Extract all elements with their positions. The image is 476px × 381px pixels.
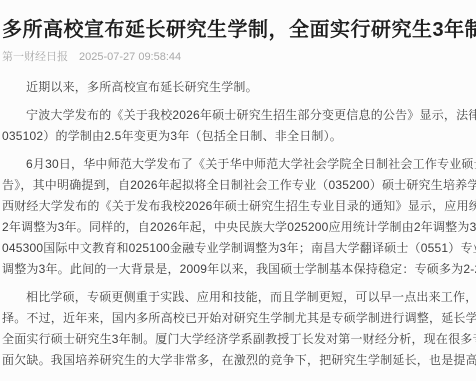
article-meta: 第一财经日报 2025-07-27 09:58:44 [2, 50, 476, 64]
article-line: 近期以来，多所高校宣布延长研究生学制。 [2, 77, 476, 98]
article-line: 择。不过，近年来，国内多所高校已开始对研究生学制尤其是专硕学制进行调整，延长学制 [2, 308, 476, 329]
article-line: 告》，其中明确提到，自2026年起拟将全日制社会工作专业（035200）硕士研究… [2, 175, 476, 196]
article-line: 2年调整为3年。同样的，自2026年起，中央民族大学025200应用统计学制由2… [2, 217, 476, 238]
article-paragraph: 6月30日，华中师范大学发布了《关于华中师范大学社会学院全日制社会工作专业硕士 … [2, 154, 476, 280]
article-paragraph: 近期以来，多所高校宣布延长研究生学制。 [2, 77, 476, 98]
article-line: 西财经大学发布的《关于发布我校2026年硕士研究生招生专业目录的通知》显示，应用… [2, 196, 476, 217]
article-line: 相比学硕，专硕更侧重于实践、应用和技能，而且学制更短，可以早一点出来工作，成 [2, 287, 476, 308]
article-page: 多所高校宣布延长研究生学制，全面实行研究生3年制 第一财经日报 2025-07-… [0, 0, 476, 381]
publish-time: 2025-07-27 09:58:44 [79, 50, 181, 64]
article-title: 多所高校宣布延长研究生学制，全面实行研究生3年制 [2, 16, 476, 44]
article-line: 045300国际中文教育和025100金融专业学制调整为3年；南昌大学翻译硕士（… [2, 238, 476, 259]
article-paragraph: 相比学硕，专硕更侧重于实践、应用和技能，而且学制更短，可以早一点出来工作，成 择… [2, 287, 476, 371]
article-line: 全面实行硕士研究生3年制。厦门大学经济学系副教授丁长发对第一财经分析，现在很多专… [2, 329, 476, 350]
article-line: 035102）的学制由2.5年变更为3年（包括全日制、非全日制）。 [2, 126, 476, 147]
article-body: 近期以来，多所高校宣布延长研究生学制。 宁波大学发布的《关于我校2026年硕士研… [2, 77, 476, 371]
article-line: 面欠缺。我国培养研究生的大学非常多，在激烈的竞争下，把研究生学制延长，也是提高就 [2, 350, 476, 371]
source-name: 第一财经日报 [2, 50, 68, 64]
article-line: 宁波大学发布的《关于我校2026年硕士研究生招生部分变更信息的公告》显示，法律 [2, 105, 476, 126]
article-line: 调整为3年。此间的一大背景是，2009年以来，我国硕士学制基本保持稳定：专硕多为… [2, 259, 476, 280]
article-line: 6月30日，华中师范大学发布了《关于华中师范大学社会学院全日制社会工作专业硕士 [2, 154, 476, 175]
article-paragraph: 宁波大学发布的《关于我校2026年硕士研究生招生部分变更信息的公告》显示，法律 … [2, 105, 476, 147]
